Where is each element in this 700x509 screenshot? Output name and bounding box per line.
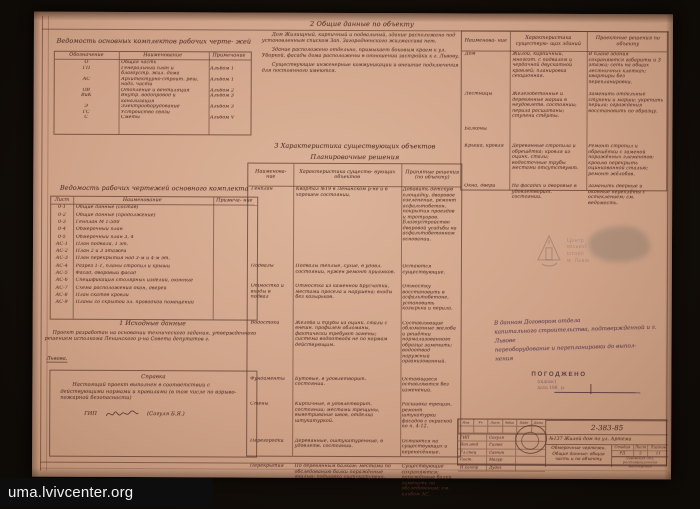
table-cell <box>502 427 517 434</box>
section3-title: 3 Характеристика существующих объектов <box>247 142 462 151</box>
table-cell: В плане здания сохраняются габариты и 3 … <box>586 52 667 85</box>
table1-rows: ООбщая частьГПГенеральный план и благоус… <box>55 60 251 121</box>
table-cell: Балконы <box>461 126 509 132</box>
table2-rows: 0-1Общие данные (состав)0-2Общие данные … <box>51 205 257 308</box>
table-cell: Подвалы тёплые, сухие, в удовл. состояни… <box>292 264 399 275</box>
table-cell: 0-1 <box>51 205 73 212</box>
scan-viewport: Ведомость основных комплектов рабочих че… <box>0 0 700 509</box>
gip-name: (Согуля Б.Я.) <box>147 411 185 417</box>
document-number: 2-383-85 <box>545 420 668 435</box>
text-line: історії <box>567 251 589 258</box>
text-line: мастерская <box>612 465 668 469</box>
table3-rows: ГенпланКвартал №19 в Ленинском р-не и в … <box>247 187 461 498</box>
table-cell: АС-9 <box>51 300 73 307</box>
watermark-text: uma.lvivcenter.org <box>8 484 133 501</box>
table-cell: Железобетонные и деревянные марши в неуд… <box>509 92 585 120</box>
table-cell: АС-7 <box>51 285 73 292</box>
table-cell: Остаются существующие. <box>399 264 460 275</box>
table-cell: Заменить дверные и оконные переплёты с о… <box>585 184 666 206</box>
table-cell: Наименование <box>118 52 207 60</box>
ink-smudge <box>588 226 650 262</box>
table-cell: Согуля <box>486 435 515 442</box>
table-cell <box>473 427 488 434</box>
text-line: Здание расположено отдельно, примыкает б… <box>262 48 462 61</box>
table-cell: Отмостку восстановить в асфальтобетоне, … <box>399 284 461 312</box>
table4-header: Наименова- ниеХарактеристика существую- … <box>462 31 667 52</box>
table-cell: 0-4 <box>51 227 73 234</box>
table-cell: Дудок <box>486 464 515 471</box>
table-row: ГенпланКвартал №19 в Ленинском р-не и в … <box>248 187 461 243</box>
table2-title: Ведомость рабочих чертежей основного ком… <box>45 184 263 193</box>
table-cell: Уч <box>473 420 488 427</box>
table-cell: Кирпичные, в удовлетворит. состоянии; ме… <box>292 402 399 430</box>
table-row: Окна, двериНа фасадах и дворовые в удовл… <box>461 183 666 206</box>
table-row: Крыша, кровляДеревянные стропила и обреш… <box>461 143 666 177</box>
table-cell: Нач.отд <box>458 442 486 449</box>
table-cell: 0-3 <box>51 220 73 227</box>
table-row: ПодвалыПодвалы тёплые, сухие, в удовл. с… <box>248 264 461 276</box>
archive-stamp-text: Центрміськоїісторіїм. Львів <box>567 238 589 264</box>
table-cell: АС-3 <box>51 256 73 263</box>
table-row: ДомЖилой, кирпичный, многоэт. с подвалом… <box>462 51 667 85</box>
signature-icon <box>105 408 139 420</box>
table-cell: Примечание <box>207 52 251 60</box>
text-line: Обмерочные чертежи. <box>546 445 611 451</box>
table-cell: АС-2 <box>51 249 73 256</box>
table-cell: Примеча- ние <box>212 197 258 205</box>
archive-stamp: Центрміськоїісторіїм. Львів <box>536 234 590 268</box>
table-row: ССметыАльбом V <box>55 115 251 121</box>
certificate-text: Настоящий проект выполнен в соответствии… <box>50 380 256 403</box>
certificate-signature-row: ГИП (Согуля Б.Я.) <box>84 408 256 421</box>
table-cell: Остаются на существующих и перенесённые. <box>399 439 461 456</box>
table-cell: АС <box>55 77 118 88</box>
stage-grid: СтадияЛистЛистов РД211 <box>611 444 668 456</box>
text-line: часть и по объекту <box>546 456 611 462</box>
table-cell: Наименова- ние <box>248 168 293 181</box>
table-cell: Характеристика существ- вующих объектов <box>293 168 401 181</box>
table-cell: Внутр. водопровод и канализация <box>118 93 207 104</box>
table-row: Отмостка и входы в подвалОтмостка из кам… <box>248 284 461 312</box>
table-row: ГПГенеральный план и благоустр. жил. дом… <box>55 66 251 78</box>
table-cell: Альбом 1 <box>207 66 251 77</box>
approved-stamp-sublines: (підпис)дата 198_ р. <box>537 380 565 391</box>
table-cell: Жилой, кирпичный, многоэт. с подвалом и … <box>509 52 585 85</box>
table4-rows: ДомЖилой, кирпичный, многоэт. с подвалом… <box>461 51 667 206</box>
table-cell: АС-4 <box>51 263 73 270</box>
table-cell: Альбом 1 <box>207 77 251 88</box>
table-cell: Гл.спец <box>458 449 486 456</box>
table-cell <box>458 426 473 433</box>
section2-title: 2 Общие данные по объекту <box>262 20 462 29</box>
table-cell <box>515 457 545 464</box>
table-cell: Проектные решения по объекту <box>587 35 669 48</box>
table-cell: Квартал №19 в Ленинском р-не и в хорошем… <box>293 187 400 242</box>
table-cell: Окна, двери <box>461 183 509 205</box>
table-cell: Перекрытия <box>247 464 292 497</box>
table-row: СтеныКирпичные, в удовлетворит. состояни… <box>247 402 460 430</box>
certificate-box: Справка Настоящий проект выполнен в соот… <box>49 370 257 458</box>
table-cell: Лист <box>487 420 502 427</box>
table-existing-characteristics: Наименова- ниеХарактеристика существ- ву… <box>246 163 462 458</box>
table-row: Наименова- ниеХарактеристика существ- ву… <box>248 164 463 187</box>
table-cell: Отмостка из каменной брусчатки, местами … <box>292 284 399 312</box>
table-cell: С <box>55 115 118 121</box>
table-cell: Желоба и трубы из оцинк. стали с внешн. … <box>292 320 399 364</box>
table-cell: Ремонт стропил и обрешётки с заменой пор… <box>585 144 666 177</box>
table-cell <box>515 464 545 471</box>
gip-label: ГИП <box>84 411 97 417</box>
table-cell: АС-1 <box>51 242 73 249</box>
handwritten-note: В данном Договором отделакапитального ст… <box>494 314 665 364</box>
table-cell: Сост. <box>458 457 486 464</box>
table-cell: Лист <box>51 197 73 205</box>
table-cell: Изм <box>458 419 473 426</box>
section1-city: Львова. <box>46 356 67 363</box>
table-cell: 0-5 <box>51 234 73 241</box>
table-cell: Расшивка трещин, ремонт штукатурки фасад… <box>399 402 461 430</box>
table-working-drawings: ЛистНаименованиеПримеча- ние 0-1Общие да… <box>50 196 259 321</box>
column-line <box>118 52 119 134</box>
table-cell: №док <box>502 420 517 427</box>
table-cell: Генеральный план и благоустр. жил. дома <box>118 66 207 77</box>
table-row: ВиКВнутр. водопровод и канализацияАльбом… <box>55 93 251 105</box>
object-name: №137 Жилой дом по ул. Артема <box>545 434 668 445</box>
table-cell: Наименование <box>73 197 212 205</box>
table-cell: Существующие сохраняются; поражённые бал… <box>398 464 460 497</box>
table3-header: Наименова- ниеХарактеристика существ- ву… <box>248 164 461 188</box>
table-cell: Характеристика существую- щих зданий <box>510 35 587 48</box>
section2-paragraphs: Дом Жилищный, кирпичный и подвальный, зд… <box>262 33 462 79</box>
section1-text: Проект разработан на основании техническ… <box>45 330 257 344</box>
table-cell: Дом <box>462 51 510 84</box>
sheet-description: Обмерочные чертежи.Общие данные: общаяча… <box>545 444 611 467</box>
table-cell: АС-5 <box>51 271 73 278</box>
table-cell <box>487 427 502 434</box>
text-line: Существующие инженерные коммуникации и в… <box>262 63 462 76</box>
section1-title: 1 Исходные данные <box>73 320 233 328</box>
frame-left-line <box>40 16 43 471</box>
approved-stamp: ПОГОДЖЕНО <box>531 371 586 378</box>
table-cell: На фасадах и дворовые в удовлетворит. со… <box>509 184 585 206</box>
organization-name: Львовская обл.реставрационнаямастерская <box>611 456 668 467</box>
table-cell <box>509 126 585 132</box>
table-cell: Мазур <box>486 457 515 464</box>
archive-logo-icon <box>536 234 562 268</box>
table-row: ЛистНаименованиеПримеча- ние <box>51 197 257 205</box>
table-row: ПерекрытияПо деревянным балкам; местами … <box>247 464 460 498</box>
table-cell: Гилюк <box>486 442 515 449</box>
pen-mark-vertical <box>590 384 591 394</box>
table-cell: Н.контр <box>458 464 486 471</box>
table-main-sets: ОбозначениеНаименованиеПримечание ООбщая… <box>53 51 251 136</box>
table-row: Наименова- ниеХарактеристика существую- … <box>462 31 669 51</box>
table-row: Балконы <box>461 126 666 132</box>
section3-subtitle: Планировочные решения <box>247 153 462 162</box>
table-cell: Добавить детскую площадку, дворовое озел… <box>400 187 462 242</box>
table-buildings-characteristics: Наименова- ниеХарактеристика существую- … <box>460 30 668 191</box>
table-cell: Бутовые, в удовлетворит. состоянии. <box>292 376 399 393</box>
table-cell: Савчин <box>486 449 515 456</box>
pen-mark-horizontal <box>554 392 640 394</box>
table-cell <box>585 127 666 133</box>
table-row: ПерегородкиДеревянные, оштукатуренные, в… <box>247 438 460 455</box>
table-cell: ВиК <box>55 93 118 104</box>
table-cell: 0-2 <box>51 212 73 219</box>
table-cell: Составляющие обломанные желоба и решётки… <box>399 321 461 365</box>
table-cell: АС-6 <box>51 278 73 285</box>
table-row: ЛестницыЖелезобетонные и деревянные марш… <box>462 91 667 119</box>
table-row: АСАрхитектурно-строит. реш. надз. частиА… <box>55 77 251 89</box>
table-cell: Деревянные, оштукатуренные, в удовлетв. … <box>292 438 399 455</box>
table-cell: Альбом 3 <box>207 94 251 105</box>
column-line <box>208 52 209 134</box>
table-cell: Заменить отдельные ступени и марши; укре… <box>585 92 666 120</box>
table-cell: АС-8 <box>51 293 73 300</box>
table-cell: ГИП <box>458 434 486 441</box>
table-cell: Наименова- ние <box>462 37 510 45</box>
table-cell: Лестницы <box>462 91 510 119</box>
table-cell: ГП <box>55 66 118 77</box>
table-cell: Обозначение <box>55 52 118 60</box>
table-cell: Сметы <box>118 115 207 121</box>
text-line: м. Львів <box>567 258 589 265</box>
table-row: АС-9Планы со скрытой эл. проводкой помещ… <box>51 300 257 308</box>
table-cell: Принятые решения (по объекту) <box>401 169 463 182</box>
text-line: Дом Жилищный, кирпичный и подвальный, зд… <box>262 33 462 46</box>
drawing-sheet: Ведомость основных комплектов рабочих че… <box>32 12 673 480</box>
table-row: Н.контрДудок <box>458 464 545 472</box>
title-block: ИзмУчЛист№докПодпДата 2-383-85 №137 Жило… <box>457 418 667 466</box>
table-row: ОбозначениеНаименованиеПримечание <box>55 52 251 60</box>
table1-title: Ведомость основных комплектов рабочих че… <box>56 37 252 46</box>
table-row: ВодостокиЖелоба и трубы из оцинк. стали … <box>247 320 460 365</box>
table-cell: Крыша, кровля <box>461 143 509 176</box>
table-cell: Планы со скрытой эл. проводкой помещений <box>73 300 212 308</box>
text-line: дата 198_ р. <box>537 385 565 391</box>
table-cell: Деревянные стропила и обрешётка; кровля … <box>509 144 585 177</box>
table-cell: По деревянным балкам; местами по обследо… <box>292 464 399 497</box>
table-cell: Альбом V <box>207 116 251 122</box>
table-cell: Остающиеся оставляются без изменений. <box>399 377 461 394</box>
table-cell <box>211 301 257 308</box>
watermark: uma.lvivcenter.org <box>0 478 213 507</box>
table-cell: Архитектурно-строит. реш. надз. части <box>118 77 207 88</box>
table-row: ФундаментыБутовые, в удовлетворит. состо… <box>247 376 460 393</box>
